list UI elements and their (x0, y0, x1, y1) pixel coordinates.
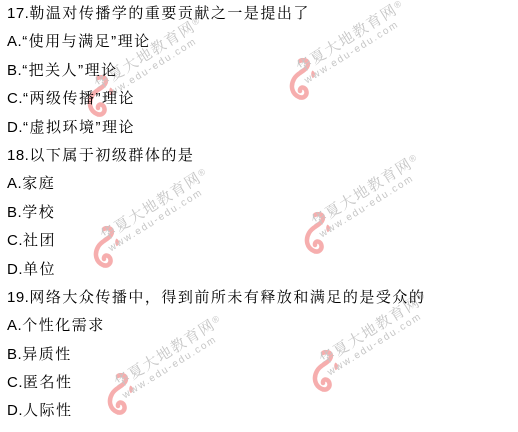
question-17-option-B: B.“把关人”理论 (7, 57, 518, 85)
question-stem: 网络大众传播中，得到前所未有释放和满足的是受众的 (29, 289, 425, 306)
question-stem: 以下属于初级群体的是 (29, 147, 194, 164)
question-18: 18.以下属于初级群体的是 (7, 142, 518, 170)
option-text: “两级传播”理论 (23, 90, 135, 107)
option-label: C. (7, 232, 23, 249)
question-18-option-A: A.家庭 (7, 170, 518, 198)
option-text: 人际性 (23, 402, 73, 419)
option-label: D. (7, 261, 23, 278)
question-list: 17.勒温对传播学的重要贡献之一是提出了A.“使用与满足”理论B.“把关人”理论… (0, 0, 518, 432)
option-text: 个性化需求 (22, 317, 105, 334)
option-text: 家庭 (22, 175, 55, 192)
option-text: 异质性 (22, 346, 72, 363)
question-18-option-B: B.学校 (7, 199, 518, 227)
option-text: 单位 (23, 261, 56, 278)
question-number: 18. (7, 147, 29, 164)
question-19-option-D: D.人际性 (7, 397, 518, 425)
option-label: A. (7, 33, 22, 50)
option-text: 匿名性 (23, 374, 73, 391)
question-19-option-A: A.个性化需求 (7, 312, 518, 340)
question-17-option-A: A.“使用与满足”理论 (7, 28, 518, 56)
question-stem: 勒温对传播学的重要贡献之一是提出了 (29, 5, 310, 22)
option-label: B. (7, 62, 22, 79)
option-label: C. (7, 90, 23, 107)
option-label: A. (7, 175, 22, 192)
option-label: C. (7, 374, 23, 391)
option-label: D. (7, 119, 23, 136)
exam-document-page: 华夏大地教育网®www.edu-edu.com华夏大地教育网®www.edu-e… (0, 0, 518, 432)
option-text: “把关人”理论 (22, 62, 118, 79)
question-18-option-C: C.社团 (7, 227, 518, 255)
question-17-option-C: C.“两级传播”理论 (7, 85, 518, 113)
option-label: B. (7, 204, 22, 221)
option-text: “虚拟环境”理论 (23, 119, 135, 136)
question-18-option-D: D.单位 (7, 256, 518, 284)
option-text: “使用与满足”理论 (22, 33, 151, 50)
option-text: 学校 (22, 204, 55, 221)
option-text: 社团 (23, 232, 56, 249)
question-19: 19.网络大众传播中，得到前所未有释放和满足的是受众的 (7, 284, 518, 312)
question-17-option-D: D.“虚拟环境”理论 (7, 114, 518, 142)
question-number: 17. (7, 5, 29, 22)
option-label: A. (7, 317, 22, 334)
question-19-option-B: B.异质性 (7, 341, 518, 369)
question-17: 17.勒温对传播学的重要贡献之一是提出了 (7, 0, 518, 28)
question-number: 19. (7, 289, 29, 306)
option-label: D. (7, 402, 23, 419)
question-19-option-C: C.匿名性 (7, 369, 518, 397)
option-label: B. (7, 346, 22, 363)
